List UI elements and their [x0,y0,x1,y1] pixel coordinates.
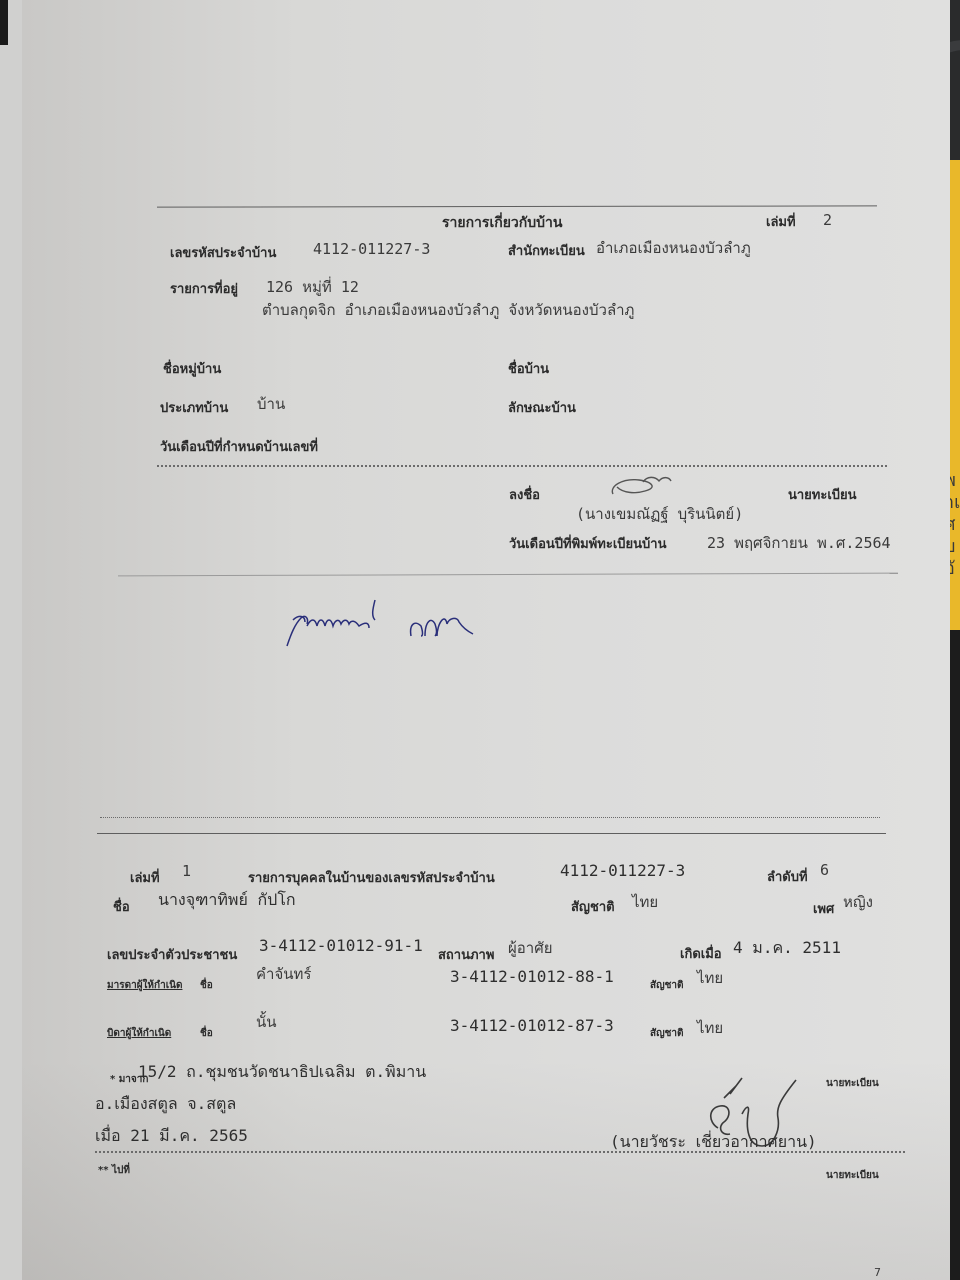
house-code-value: 4112-011227-3 [313,240,430,258]
father-label: บิดาผู้ให้กำเนิด [107,1026,171,1041]
village-name-label: ชื่อหมู่บ้าน [163,358,221,379]
father-nationality-value: ไทย [697,1016,723,1040]
mother-label: มารดาผู้ให้กำเนิด [107,978,182,993]
house-type-label: ประเภทบ้าน [160,397,228,418]
number-assigned-date-label: วันเดือนปีที่กำหนดบ้านเลขที่ [160,436,318,457]
person-section-dotted-rule [95,1151,905,1153]
person-section-top-dotted [100,817,880,818]
registry-office-label: สำนักทะเบียน [508,240,585,261]
mother-id-value: 3-4112-01012-88-1 [450,967,614,986]
nationality-label: สัญชาติ [571,896,615,917]
sex-label: เพศ [813,898,834,919]
moved-to-registrar-title: นายทะเบียน [826,1168,879,1183]
order-value: 6 [820,861,829,879]
order-label: ลำดับที่ [767,866,808,887]
sex-value: หญิง [843,890,873,914]
birth-date-label: เกิดเมื่อ [680,943,722,964]
father-id-value: 3-4112-01012-87-3 [450,1016,614,1035]
print-date-value: 23 พฤศจิกายน พ.ศ.2564 [707,531,891,555]
address-line2: ตำบลกุดจิก อำเภอเมืองหนองบัวลำภู จังหวัด… [262,298,634,322]
house-volume-label: เล่มที่ [766,211,796,232]
mother-nationality-value: ไทย [697,966,723,990]
house-name-label: ชื่อบ้าน [508,358,549,379]
house-registrar-title: นายทะเบียน [788,484,857,505]
signed-label: ลงชื่อ [509,484,540,505]
house-section-title: รายการเกี่ยวกับบ้าน [442,212,562,234]
registrar-signature-1 [605,472,675,502]
owner-handwritten-signature: จุฑาทิพย์ กัปโก [275,596,515,656]
print-date-label: วันเดือนปีที่พิมพ์ทะเบียนบ้าน [509,533,667,554]
mother-nationality-label: สัญชาติ [650,978,684,993]
birth-date-value: 4 ม.ค. 2511 [733,936,841,961]
house-code-label: เลขรหัสประจำบ้าน [170,242,276,263]
father-name-label: ชื่อ [200,1026,213,1041]
status-label: สถานภาพ [438,944,494,965]
house-volume-value: 2 [823,211,832,229]
person-list-label: รายการบุคคลในบ้านของเลขรหัสประจำบ้าน [248,867,495,888]
name-label: ชื่อ [113,896,130,917]
father-nationality-label: สัญชาติ [650,1026,684,1041]
id-number-label: เลขประจำตัวประชาชน [107,944,237,965]
address-label: รายการที่อยู่ [170,278,238,299]
house-type-value: บ้าน [257,392,285,416]
background-corner-shadow [0,0,8,45]
page-number: 7 [874,1266,881,1279]
mother-name-value: คำจันทร์ [256,962,311,986]
moved-from-line2: อ.เมืองสตูล จ.สตูล [95,1092,236,1117]
address-line1: 126 หมู่ที่ 12 [266,275,359,299]
house-section-dotted-rule [157,465,887,467]
registry-office-value: อำเภอเมืองหนองบัวลำภู [596,236,751,260]
house-character-label: ลักษณะบ้าน [508,397,576,418]
moved-from-date: เมื่อ 21 มี.ค. 2565 [95,1124,248,1149]
moved-to-label: ** ไปที่ [98,1163,130,1178]
mother-name-label: ชื่อ [200,978,213,993]
status-value: ผู้อาศัย [508,936,553,960]
person-volume-label: เล่มที่ [130,867,160,888]
moved-from-line1: 15/2 ถ.ชุมชนวัดชนาธิปเฉลิม ต.พิมาน [138,1060,426,1085]
person-section-top-rule [97,833,886,834]
father-name-value: นั้น [256,1010,277,1034]
id-number-value: 3-4112-01012-91-1 [259,936,423,955]
person-house-code: 4112-011227-3 [560,861,685,880]
person-volume-value: 1 [182,862,191,880]
person-registrar-title: นายทะเบียน [826,1076,879,1091]
name-value: นางจุฑาทิพย์ กัปโก [158,888,296,913]
nationality-value: ไทย [632,890,658,914]
house-registrar-name: (นางเขมณัฏฐ์ บุรินนิตย์) [576,502,743,526]
